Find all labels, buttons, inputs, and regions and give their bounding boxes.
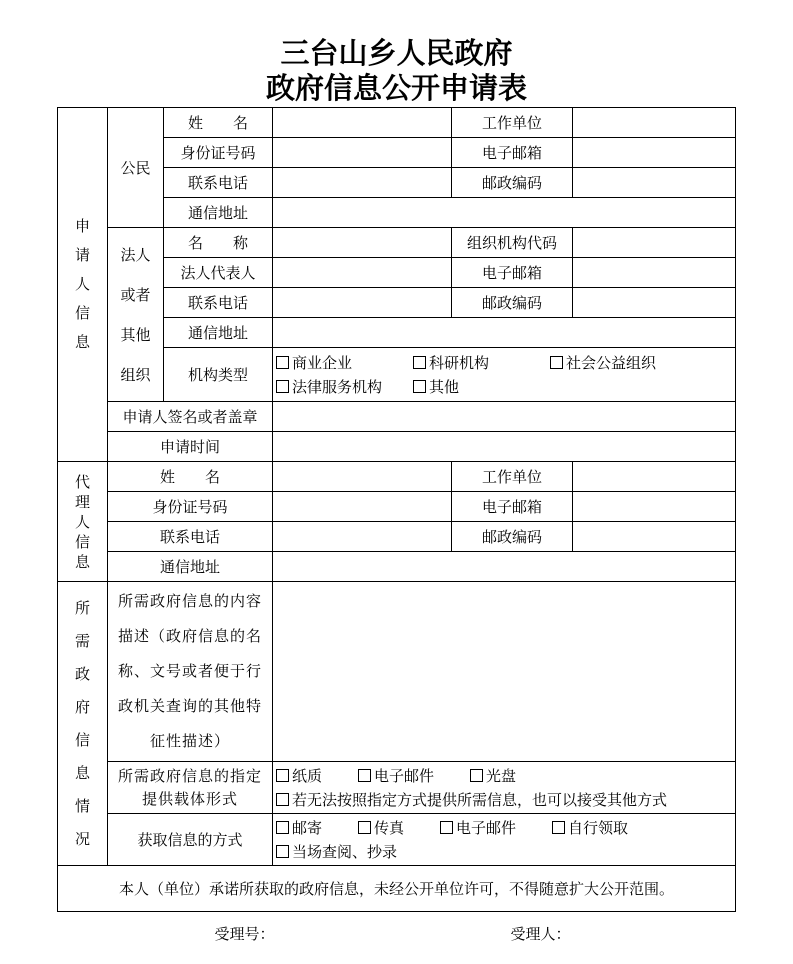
- apply-time-value-cell[interactable]: [273, 432, 736, 462]
- checkbox-option-label: 科研机构: [429, 352, 489, 373]
- method-option-fax[interactable]: 传真: [358, 817, 404, 838]
- checkbox-option-label: 其他: [429, 376, 459, 397]
- promise-statement: 本人（单位）承诺所获取的政府信息，未经公开单位许可，不得随意扩大公开范围。: [58, 866, 736, 912]
- method-option-onsite[interactable]: 当场查阅、抄录: [276, 841, 397, 862]
- info-description-value-cell[interactable]: [273, 582, 736, 762]
- info-carrier-label: 所需政府信息的指定提供载体形式: [108, 762, 273, 814]
- citizen-phone-value-cell[interactable]: [273, 168, 452, 198]
- carrier-option-email[interactable]: 电子邮件: [358, 765, 434, 786]
- info-method-label: 获取信息的方式: [108, 814, 273, 866]
- checkbox-option-label: 当场查阅、抄录: [292, 841, 397, 862]
- org-name-value-cell[interactable]: [273, 228, 452, 258]
- form-footer: 受理号： 受理人：: [58, 923, 736, 944]
- group-label-citizen: 公民: [108, 108, 164, 228]
- apply-time-label: 申请时间: [108, 432, 273, 462]
- org-postcode-value-cell[interactable]: [573, 288, 736, 318]
- org-email-label: 电子邮箱: [452, 258, 573, 288]
- agent-phone-value-cell[interactable]: [273, 522, 452, 552]
- citizen-postcode-value-cell[interactable]: [573, 168, 736, 198]
- agent-address-label: 通信地址: [108, 552, 273, 582]
- checkbox-icon: [358, 821, 371, 834]
- method-option-pickup[interactable]: 自行领取: [552, 817, 628, 838]
- checkbox-icon: [358, 769, 371, 782]
- checkbox-icon: [276, 769, 289, 782]
- section-label-info: 所需政府信息情况: [58, 582, 108, 866]
- checkbox-option-label: 社会公益组织: [566, 352, 656, 373]
- citizen-workunit-label: 工作单位: [452, 108, 573, 138]
- checkbox-option-label: 光盘: [486, 765, 516, 786]
- org-representative-label: 法人代表人: [164, 258, 273, 288]
- org-name-label: 名 称: [164, 228, 273, 258]
- checkbox-icon: [470, 769, 483, 782]
- form-page: 三台山乡人民政府 政府信息公开申请表 申请人信息 公民 姓 名 工作单位 身份证…: [0, 0, 793, 964]
- agent-workunit-value-cell[interactable]: [573, 462, 736, 492]
- agent-postcode-value-cell[interactable]: [573, 522, 736, 552]
- org-phone-label: 联系电话: [164, 288, 273, 318]
- application-form-table: 申请人信息 公民 姓 名 工作单位 身份证号码 电子邮箱 联系电话 邮政编码: [57, 107, 736, 912]
- checkbox-icon: [550, 356, 563, 369]
- org-postcode-label: 邮政编码: [452, 288, 573, 318]
- receipt-number-label: 受理号：: [215, 923, 275, 944]
- org-code-value-cell[interactable]: [573, 228, 736, 258]
- carrier-options-line1: 纸质 电子邮件 光盘: [276, 764, 732, 787]
- page-title: 三台山乡人民政府 政府信息公开申请表: [0, 36, 793, 106]
- agent-name-value-cell[interactable]: [273, 462, 452, 492]
- section-label-applicant: 申请人信息: [58, 108, 108, 462]
- org-type-options-line2: 法律服务机构 其他: [276, 375, 732, 398]
- applicant-signature-label: 申请人签名或者盖章: [108, 402, 273, 432]
- org-type-option-other[interactable]: 其他: [413, 376, 550, 397]
- page-title-line2: 政府信息公开申请表: [0, 71, 793, 106]
- info-method-options: 邮寄 传真 电子邮件 自行领取 当场查阅、抄录: [273, 814, 736, 866]
- checkbox-icon: [413, 356, 426, 369]
- org-email-value-cell[interactable]: [573, 258, 736, 288]
- receiver-label: 受理人：: [511, 923, 571, 944]
- carrier-options-line2: 若无法按照指定方式提供所需信息，也可以接受其他方式: [276, 788, 732, 811]
- checkbox-option-label: 电子邮件: [456, 817, 516, 838]
- checkbox-option-label: 商业企业: [292, 352, 352, 373]
- agent-email-label: 电子邮箱: [452, 492, 573, 522]
- checkbox-icon: [276, 845, 289, 858]
- checkbox-icon: [413, 380, 426, 393]
- checkbox-icon: [552, 821, 565, 834]
- checkbox-option-label: 自行领取: [568, 817, 628, 838]
- agent-phone-label: 联系电话: [108, 522, 273, 552]
- carrier-option-paper[interactable]: 纸质: [276, 765, 322, 786]
- checkbox-icon: [440, 821, 453, 834]
- citizen-address-label: 通信地址: [164, 198, 273, 228]
- citizen-name-label: 姓 名: [164, 108, 273, 138]
- org-representative-value-cell[interactable]: [273, 258, 452, 288]
- checkbox-option-label: 纸质: [292, 765, 322, 786]
- org-type-option-business[interactable]: 商业企业: [276, 352, 413, 373]
- checkbox-option-label: 电子邮件: [374, 765, 434, 786]
- checkbox-icon: [276, 821, 289, 834]
- page-title-line1: 三台山乡人民政府: [0, 36, 793, 71]
- checkbox-option-label: 法律服务机构: [292, 376, 382, 397]
- citizen-id-value-cell[interactable]: [273, 138, 452, 168]
- agent-address-value-cell[interactable]: [273, 552, 736, 582]
- citizen-name-value-cell[interactable]: [273, 108, 452, 138]
- checkbox-icon: [276, 380, 289, 393]
- citizen-email-label: 电子邮箱: [452, 138, 573, 168]
- org-type-options: 商业企业 科研机构 社会公益组织 法律服务机构 其他: [273, 348, 736, 402]
- info-carrier-options: 纸质 电子邮件 光盘 若无法按照指定方式提供所需信息，也可以接受其他方式: [273, 762, 736, 814]
- agent-id-label: 身份证号码: [108, 492, 273, 522]
- org-type-option-welfare[interactable]: 社会公益组织: [550, 352, 687, 373]
- checkbox-option-label: 邮寄: [292, 817, 322, 838]
- agent-workunit-label: 工作单位: [452, 462, 573, 492]
- checkbox-option-label: 若无法按照指定方式提供所需信息，也可以接受其他方式: [292, 789, 667, 810]
- method-options-line1: 邮寄 传真 电子邮件 自行领取: [276, 816, 732, 839]
- agent-email-value-cell[interactable]: [573, 492, 736, 522]
- org-type-options-line1: 商业企业 科研机构 社会公益组织: [276, 351, 732, 374]
- method-option-mail[interactable]: 邮寄: [276, 817, 322, 838]
- citizen-postcode-label: 邮政编码: [452, 168, 573, 198]
- applicant-signature-value-cell[interactable]: [273, 402, 736, 432]
- citizen-workunit-value-cell[interactable]: [573, 108, 736, 138]
- org-address-label: 通信地址: [164, 318, 273, 348]
- method-option-email[interactable]: 电子邮件: [440, 817, 516, 838]
- agent-id-value-cell[interactable]: [273, 492, 452, 522]
- carrier-option-disc[interactable]: 光盘: [470, 765, 516, 786]
- checkbox-option-label: 传真: [374, 817, 404, 838]
- checkbox-icon: [276, 793, 289, 806]
- checkbox-icon: [276, 356, 289, 369]
- org-type-option-legal-service[interactable]: 法律服务机构: [276, 376, 413, 397]
- citizen-phone-label: 联系电话: [164, 168, 273, 198]
- org-phone-value-cell[interactable]: [273, 288, 452, 318]
- carrier-option-accept-other[interactable]: 若无法按照指定方式提供所需信息，也可以接受其他方式: [276, 789, 667, 810]
- org-type-option-research[interactable]: 科研机构: [413, 352, 550, 373]
- org-type-label: 机构类型: [164, 348, 273, 402]
- org-address-value-cell[interactable]: [273, 318, 736, 348]
- method-options-line2: 当场查阅、抄录: [276, 840, 732, 863]
- citizen-id-label: 身份证号码: [164, 138, 273, 168]
- section-label-agent: 代理人信息: [58, 462, 108, 582]
- group-label-organization: 法人或者其他组织: [108, 228, 164, 402]
- citizen-address-value-cell[interactable]: [273, 198, 736, 228]
- agent-postcode-label: 邮政编码: [452, 522, 573, 552]
- agent-name-label: 姓 名: [108, 462, 273, 492]
- info-description-label: 所需政府信息的内容描述（政府信息的名称、文号或者便于行政机关查询的其他特征性描述…: [108, 582, 273, 762]
- org-code-label: 组织机构代码: [452, 228, 573, 258]
- citizen-email-value-cell[interactable]: [573, 138, 736, 168]
